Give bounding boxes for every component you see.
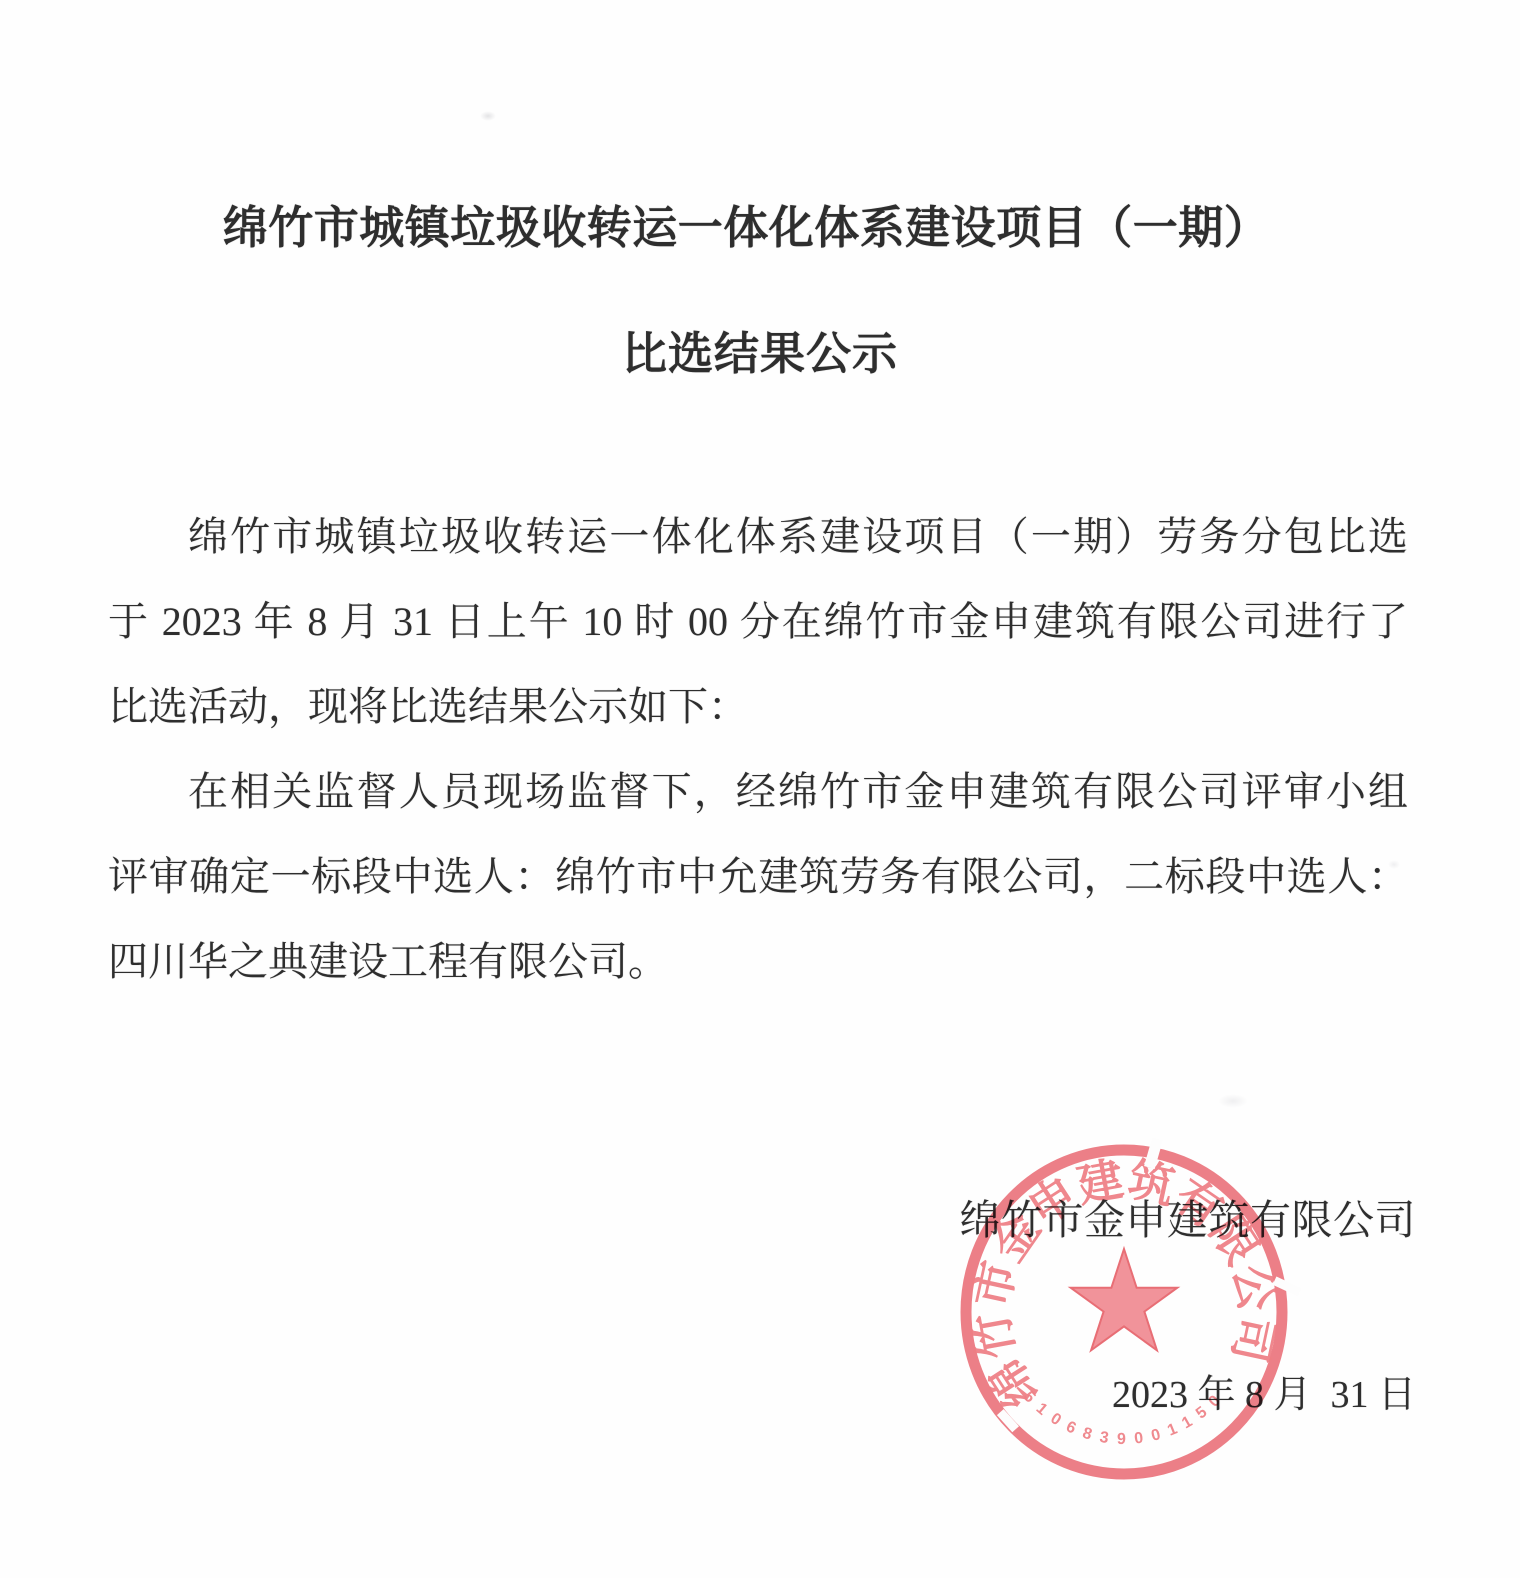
seal-star-icon <box>1071 1249 1178 1350</box>
body-line: 在相关监督人员现场监督下，经绵竹市金申建筑有限公司评审小组 <box>108 749 1408 834</box>
company-seal: 绵竹市金申建筑有限公司 5106839001150 <box>924 1112 1324 1512</box>
seal-serial-number: 5106839001150 <box>1020 1388 1224 1448</box>
scan-speck <box>1218 1094 1248 1108</box>
document-title: 绵竹市城镇垃圾收转运一体化体系建设项目（一期） <box>0 201 1506 255</box>
body-line: 评审确定一标段中选人：绵竹市中允建筑劳务有限公司，二标段中选人： <box>108 834 1408 919</box>
document-subtitle: 比选结果公示 <box>0 327 1520 381</box>
body-line: 四川华之典建设工程有限公司。 <box>108 919 1408 1004</box>
body-line: 绵竹市城镇垃圾收转运一体化体系建设项目（一期）劳务分包比选 <box>108 494 1408 579</box>
body-line: 比选活动，现将比选结果公示如下： <box>108 664 1408 749</box>
document-body: 绵竹市城镇垃圾收转运一体化体系建设项目（一期）劳务分包比选 于 2023 年 8… <box>108 494 1408 1004</box>
scanned-document-page: 绵竹市城镇垃圾收转运一体化体系建设项目（一期） 比选结果公示 绵竹市城镇垃圾收转… <box>0 0 1520 1578</box>
scan-speck <box>480 111 496 121</box>
body-line: 于 2023 年 8 月 31 日上午 10 时 00 分在绵竹市金申建筑有限公… <box>108 579 1408 664</box>
